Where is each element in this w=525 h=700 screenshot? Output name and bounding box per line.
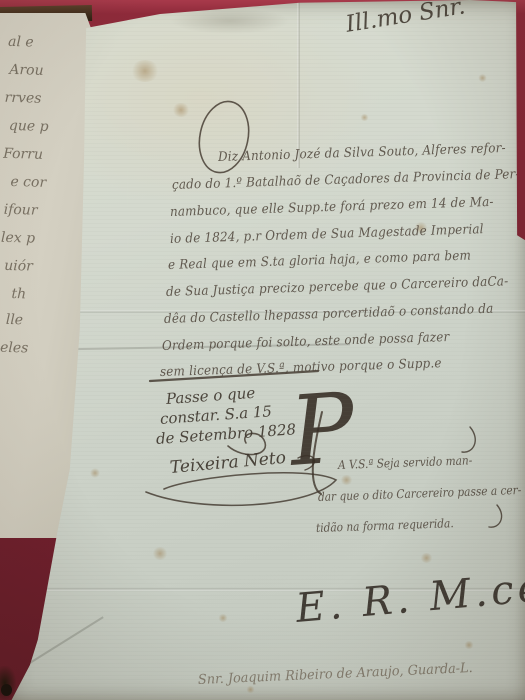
prayer-flourish xyxy=(462,427,475,452)
despatch-line: Passe o que xyxy=(165,384,255,408)
initial-d-flourish xyxy=(193,97,255,177)
salutation: Ill.mo Snr. xyxy=(344,0,467,38)
handwriting-fragment: lle xyxy=(6,312,24,328)
addressee-line: Snr. Joaquim Ribeiro de Araujo, Guarda-L… xyxy=(198,660,473,688)
foxing-stain xyxy=(340,475,353,485)
fold-crease-diagonal xyxy=(26,616,103,665)
handwriting-fragment: que p xyxy=(9,118,49,135)
handwriting-fragment: th xyxy=(11,286,26,302)
despatch-signature: Teixeira Neto xyxy=(169,448,287,478)
handwriting-fragment: eles xyxy=(0,340,29,357)
handwriting-fragment: Forru xyxy=(3,146,43,163)
foxing-stain xyxy=(218,614,228,622)
foxing-stain xyxy=(464,641,474,649)
despatch-line: de Setembro 1828 xyxy=(155,420,296,448)
foxing-stain xyxy=(246,686,255,693)
despatch-rubric xyxy=(228,433,265,454)
petition-line: dêa do Castello lhepassa porcertidaõ o c… xyxy=(164,302,494,327)
handwriting-fragment: al e xyxy=(8,34,34,51)
petition-line: e Real que em S.ta gloria haja, e como p… xyxy=(168,248,472,273)
handwriting-fragment: uiór xyxy=(4,258,33,275)
petition-line: nambuco, que elle Supp.te forá prezo em … xyxy=(170,195,494,220)
photo-scene: al e Arou rrves que p Forru e cor ifour … xyxy=(0,0,525,700)
fold-crease-vertical xyxy=(297,0,300,168)
foxing-stain xyxy=(172,103,190,117)
foxing-stain xyxy=(414,222,428,234)
prayer-initial: P xyxy=(287,380,358,480)
dark-object xyxy=(1,684,12,696)
handwriting-fragment: e cor xyxy=(10,174,46,191)
prayer-line: A V.S.ª Seja servido man- xyxy=(338,453,473,472)
handwriting-fragment: Arou xyxy=(9,62,44,79)
fold-crease-horizontal xyxy=(40,343,350,350)
handwriting-fragment: ifour xyxy=(3,202,37,219)
foxing-stain xyxy=(130,60,160,82)
signature-loop xyxy=(298,456,314,470)
petition-line: de Sua Justiça precizo percebe que o Car… xyxy=(166,274,509,300)
prayer-line: dar que o dito Carcereiro passe a cer- xyxy=(318,483,522,504)
petition-line: Ordem porque foi solto, este onde possa … xyxy=(162,330,450,354)
ink-smudge xyxy=(170,8,290,34)
ink-dash xyxy=(150,371,318,381)
closing-formula: E. R. M.ce xyxy=(294,564,525,632)
foxing-stain xyxy=(420,553,433,563)
initial-p-tail xyxy=(313,412,322,494)
handwriting-fragment: lex p xyxy=(1,230,35,247)
prayer-line: tidão na forma requerida. xyxy=(316,516,454,535)
foxing-stain xyxy=(360,114,369,121)
despatch-line: constar. S.a 15 xyxy=(159,402,272,428)
signature-flourish xyxy=(146,473,336,506)
petition-line: io de 1824, p.r Ordem de Sua Magestade I… xyxy=(170,222,484,247)
handwriting-fragment: rrves xyxy=(4,90,41,107)
petition-line: Diz Antonio Jozé da Silva Souto, Alferes… xyxy=(218,141,506,165)
foxing-stain xyxy=(478,74,487,82)
foxing-stain xyxy=(90,468,100,478)
petition-line: sem licença de V.S.ª, motivo porque o Su… xyxy=(160,356,442,380)
fold-crease-horizontal xyxy=(30,588,525,591)
fold-crease-horizontal xyxy=(80,310,525,313)
petition-line: çado do 1.º Batalhaõ de Caçadores da Pro… xyxy=(172,167,520,193)
prayer-flourish xyxy=(489,505,502,527)
foxing-stain xyxy=(152,547,168,560)
